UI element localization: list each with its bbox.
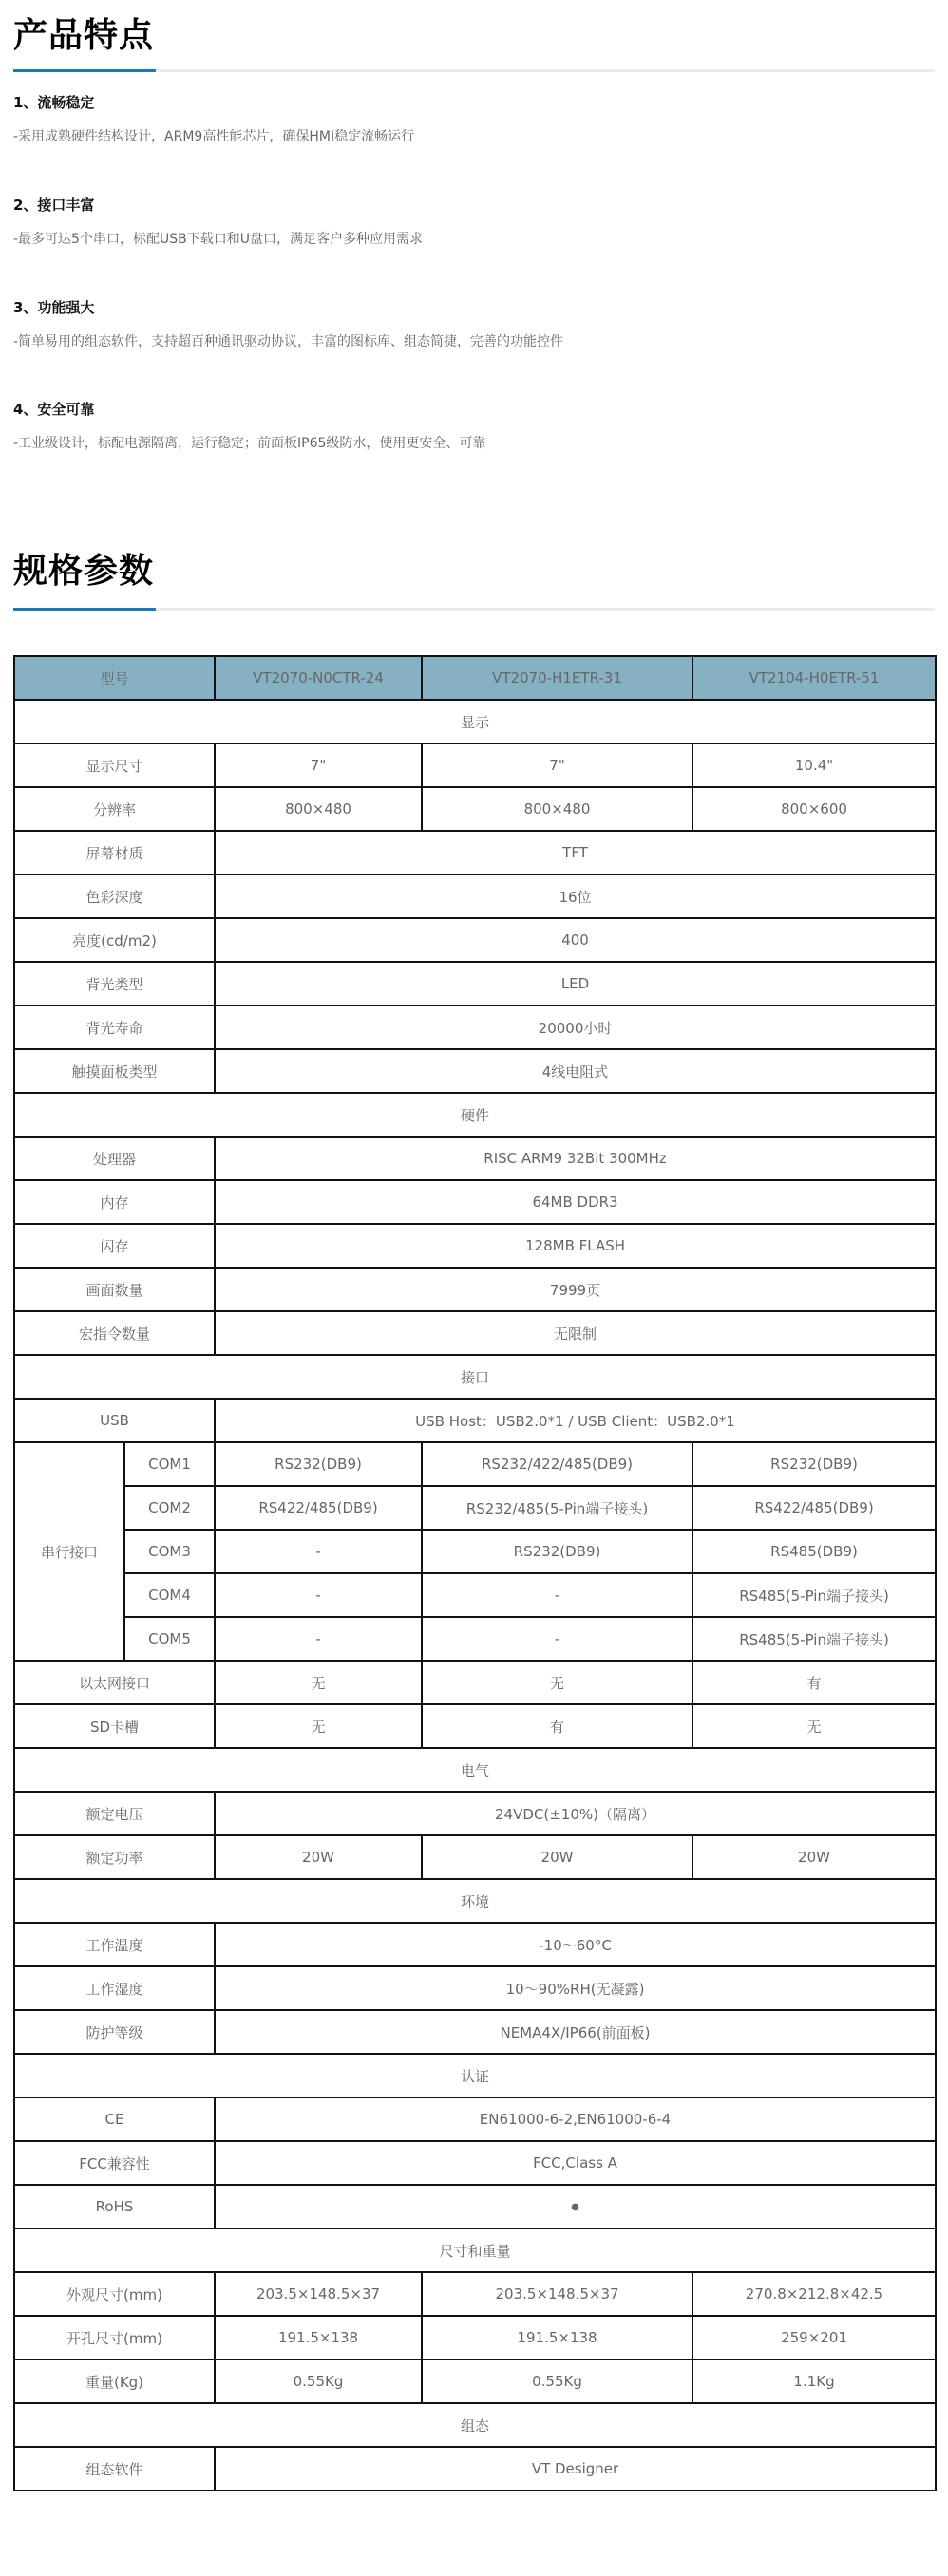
row-label: 闪存 xyxy=(14,1224,215,1268)
feature-desc-1: -采用成熟硬件结构设计，ARM9高性能芯片，确保HMI稳定流畅运行 xyxy=(13,127,414,146)
row-label: RoHS xyxy=(14,2185,215,2228)
table-row: 开孔尺寸(mm) 191.5×138 191.5×138 259×201 xyxy=(14,2316,936,2360)
cell: 191.5×138 xyxy=(215,2316,422,2360)
cell: - xyxy=(215,1617,422,1661)
row-label: 亮度(cd/m2) xyxy=(14,918,215,962)
cell: 270.8×212.8×42.5 xyxy=(692,2272,936,2316)
cell: - xyxy=(422,1617,692,1661)
row-label: SD卡槽 xyxy=(14,1704,215,1748)
group-label: 电气 xyxy=(14,1748,936,1792)
specs-title-rule xyxy=(13,608,935,611)
table-row: 重量(Kg) 0.55Kg 0.55Kg 1.1Kg xyxy=(14,2360,936,2403)
table-row: 外观尺寸(mm) 203.5×148.5×37 203.5×148.5×37 2… xyxy=(14,2272,936,2316)
table-row: 处理器RISC ARM9 32Bit 300MHz xyxy=(14,1137,936,1180)
group-row-config: 组态 xyxy=(14,2403,936,2447)
cell: 800×480 xyxy=(422,787,692,831)
table-row: 工作温度-10～60°C xyxy=(14,1923,936,1966)
cell: - xyxy=(422,1573,692,1617)
row-label: 重量(Kg) xyxy=(14,2360,215,2403)
group-label: 接口 xyxy=(14,1355,936,1399)
row-label: FCC兼容性 xyxy=(14,2141,215,2185)
cell: 0.55Kg xyxy=(422,2360,692,2403)
cell: RS232(DB9) xyxy=(422,1530,692,1573)
table-row: 亮度(cd/m2)400 xyxy=(14,918,936,962)
cell: FCC,Class A xyxy=(215,2141,936,2185)
model-col-2: VT2070-H1ETR-31 xyxy=(422,656,692,700)
cell: 0.55Kg xyxy=(215,2360,422,2403)
model-label: 型号 xyxy=(14,656,215,700)
rohs-bullet-icon: ● xyxy=(215,2185,936,2228)
row-label: 额定功率 xyxy=(14,1835,215,1879)
specs-title: 规格参数 xyxy=(13,553,154,591)
table-row: 色彩深度16位 xyxy=(14,874,936,918)
cell: 400 xyxy=(215,918,936,962)
table-row: 闪存128MB FLASH xyxy=(14,1224,936,1268)
table-row: COM3 - RS232(DB9) RS485(DB9) xyxy=(14,1530,936,1573)
cell: 203.5×148.5×37 xyxy=(215,2272,422,2316)
row-label: CE xyxy=(14,2097,215,2141)
feature-heading-4: 4、安全可靠 xyxy=(13,400,94,419)
cell: VT Designer xyxy=(215,2447,936,2491)
table-row: USBUSB Host：USB2.0*1 / USB Client：USB2.0… xyxy=(14,1399,936,1442)
feature-heading-3: 3、功能强大 xyxy=(13,298,94,317)
cell: RS422/485(DB9) xyxy=(215,1486,422,1530)
table-row: COM5 - - RS485(5-Pin端子接头) xyxy=(14,1617,936,1661)
cell: 无 xyxy=(692,1704,936,1748)
cell: RS485(5-Pin端子接头) xyxy=(692,1617,936,1661)
group-label: 环境 xyxy=(14,1879,936,1923)
row-label: 外观尺寸(mm) xyxy=(14,2272,215,2316)
row-label: 分辨率 xyxy=(14,787,215,831)
row-label: 以太网接口 xyxy=(14,1661,215,1704)
cell: 20W xyxy=(422,1835,692,1879)
spec-table: 型号 VT2070-N0CTR-24 VT2070-H1ETR-31 VT210… xyxy=(13,655,937,2491)
row-label: 画面数量 xyxy=(14,1268,215,1311)
row-label: 组态软件 xyxy=(14,2447,215,2491)
group-row-certification: 认证 xyxy=(14,2054,936,2097)
group-row-display: 显示 xyxy=(14,700,936,743)
feature-heading-2: 2、接口丰富 xyxy=(13,196,94,215)
cell: USB Host：USB2.0*1 / USB Client：USB2.0*1 xyxy=(215,1399,936,1442)
cell: 无 xyxy=(215,1704,422,1748)
cell: 10～90%RH(无凝露) xyxy=(215,1966,936,2010)
table-row: SD卡槽 无 有 无 xyxy=(14,1704,936,1748)
table-row: 宏指令数量无限制 xyxy=(14,1311,936,1355)
row-label: 工作湿度 xyxy=(14,1966,215,2010)
cell: 16位 xyxy=(215,874,936,918)
row-label: 内存 xyxy=(14,1180,215,1224)
model-col-1: VT2070-N0CTR-24 xyxy=(215,656,422,700)
cell: 20W xyxy=(692,1835,936,1879)
cell: 4线电阻式 xyxy=(215,1049,936,1093)
table-row: COM2 RS422/485(DB9) RS232/485(5-Pin端子接头)… xyxy=(14,1486,936,1530)
cell: LED xyxy=(215,962,936,1006)
cell: RS232(DB9) xyxy=(215,1442,422,1486)
row-label: 色彩深度 xyxy=(14,874,215,918)
cell: 7" xyxy=(215,743,422,787)
row-label: 屏幕材质 xyxy=(14,831,215,874)
table-header-row: 型号 VT2070-N0CTR-24 VT2070-H1ETR-31 VT210… xyxy=(14,656,936,700)
row-label: 触摸面板类型 xyxy=(14,1049,215,1093)
cell: 20000小时 xyxy=(215,1006,936,1049)
cell: - xyxy=(215,1530,422,1573)
cell: 无限制 xyxy=(215,1311,936,1355)
group-label: 组态 xyxy=(14,2403,936,2447)
cell: 无 xyxy=(215,1661,422,1704)
table-row: 触摸面板类型4线电阻式 xyxy=(14,1049,936,1093)
features-title-rule xyxy=(13,69,935,72)
row-label: 背光寿命 xyxy=(14,1006,215,1049)
table-row: 显示尺寸 7" 7" 10.4" xyxy=(14,743,936,787)
table-row: RoHS● xyxy=(14,2185,936,2228)
cell: RS485(5-Pin端子接头) xyxy=(692,1573,936,1617)
cell: 无 xyxy=(422,1661,692,1704)
feature-desc-4: -工业级设计，标配电源隔离，运行稳定；前面板IP65级防水，使用更安全、可靠 xyxy=(13,434,485,453)
table-row: 分辨率 800×480 800×480 800×600 xyxy=(14,787,936,831)
title-accent-bar xyxy=(13,608,156,611)
cell: 7" xyxy=(422,743,692,787)
com-label: COM5 xyxy=(124,1617,215,1661)
cell: 203.5×148.5×37 xyxy=(422,2272,692,2316)
cell: 1.1Kg xyxy=(692,2360,936,2403)
table-row: 屏幕材质TFT xyxy=(14,831,936,874)
row-label: 开孔尺寸(mm) xyxy=(14,2316,215,2360)
row-label: USB xyxy=(14,1399,215,1442)
table-row: 内存64MB DDR3 xyxy=(14,1180,936,1224)
feature-desc-3: -简单易用的组态软件，支持超百种通讯驱动协议，丰富的图标库、组态简捷，完善的功能… xyxy=(13,332,563,351)
cell: 有 xyxy=(692,1661,936,1704)
cell: 64MB DDR3 xyxy=(215,1180,936,1224)
title-accent-bar xyxy=(13,69,156,72)
table-row: COM4 - - RS485(5-Pin端子接头) xyxy=(14,1573,936,1617)
cell: RS232/485(5-Pin端子接头) xyxy=(422,1486,692,1530)
table-row: CEEN61000-6-2,EN61000-6-4 xyxy=(14,2097,936,2141)
cell: 800×600 xyxy=(692,787,936,831)
group-row-electrical: 电气 xyxy=(14,1748,936,1792)
cell: 有 xyxy=(422,1704,692,1748)
cell: 7999页 xyxy=(215,1268,936,1311)
group-row-hardware: 硬件 xyxy=(14,1093,936,1137)
cell: RISC ARM9 32Bit 300MHz xyxy=(215,1137,936,1180)
table-row: 画面数量7999页 xyxy=(14,1268,936,1311)
table-row: 以太网接口 无 无 有 xyxy=(14,1661,936,1704)
cell: 10.4" xyxy=(692,743,936,787)
table-row: 组态软件VT Designer xyxy=(14,2447,936,2491)
table-row: 额定功率 20W 20W 20W xyxy=(14,1835,936,1879)
cell: 259×201 xyxy=(692,2316,936,2360)
cell: TFT xyxy=(215,831,936,874)
table-row: 背光类型LED xyxy=(14,962,936,1006)
row-label: 宏指令数量 xyxy=(14,1311,215,1355)
com-label: COM4 xyxy=(124,1573,215,1617)
group-row-dimensions: 尺寸和重量 xyxy=(14,2228,936,2272)
cell: RS232(DB9) xyxy=(692,1442,936,1486)
cell: 20W xyxy=(215,1835,422,1879)
cell: -10～60°C xyxy=(215,1923,936,1966)
row-label: 额定电压 xyxy=(14,1792,215,1835)
cell: RS422/485(DB9) xyxy=(692,1486,936,1530)
group-label: 认证 xyxy=(14,2054,936,2097)
row-label: 显示尺寸 xyxy=(14,743,215,787)
com-label: COM1 xyxy=(124,1442,215,1486)
cell: 128MB FLASH xyxy=(215,1224,936,1268)
cell: NEMA4X/IP66(前面板) xyxy=(215,2010,936,2054)
group-label: 显示 xyxy=(14,700,936,743)
cell: 24VDC(±10%)（隔离） xyxy=(215,1792,936,1835)
row-label: 背光类型 xyxy=(14,962,215,1006)
group-row-environment: 环境 xyxy=(14,1879,936,1923)
table-row: 防护等级NEMA4X/IP66(前面板) xyxy=(14,2010,936,2054)
group-row-interface: 接口 xyxy=(14,1355,936,1399)
row-label: 处理器 xyxy=(14,1137,215,1180)
feature-heading-1: 1、流畅稳定 xyxy=(13,93,94,112)
table-row: 背光寿命20000小时 xyxy=(14,1006,936,1049)
group-label: 硬件 xyxy=(14,1093,936,1137)
cell: RS485(DB9) xyxy=(692,1530,936,1573)
table-row: 串行接口 COM1 RS232(DB9) RS232/422/485(DB9) … xyxy=(14,1442,936,1486)
table-row: 额定电压24VDC(±10%)（隔离） xyxy=(14,1792,936,1835)
row-label: 防护等级 xyxy=(14,2010,215,2054)
cell: - xyxy=(215,1573,422,1617)
cell: 191.5×138 xyxy=(422,2316,692,2360)
com-label: COM3 xyxy=(124,1530,215,1573)
group-label: 尺寸和重量 xyxy=(14,2228,936,2272)
cell: RS232/422/485(DB9) xyxy=(422,1442,692,1486)
com-label: COM2 xyxy=(124,1486,215,1530)
row-label: 工作温度 xyxy=(14,1923,215,1966)
table-row: 工作湿度10～90%RH(无凝露) xyxy=(14,1966,936,2010)
cell: EN61000-6-2,EN61000-6-4 xyxy=(215,2097,936,2141)
features-title: 产品特点 xyxy=(13,17,154,55)
cell: 800×480 xyxy=(215,787,422,831)
feature-desc-2: -最多可达5个串口，标配USB下载口和U盘口，满足客户多种应用需求 xyxy=(13,230,423,249)
model-col-3: VT2104-H0ETR-51 xyxy=(692,656,936,700)
serial-port-label: 串行接口 xyxy=(14,1442,124,1661)
table-row: FCC兼容性FCC,Class A xyxy=(14,2141,936,2185)
